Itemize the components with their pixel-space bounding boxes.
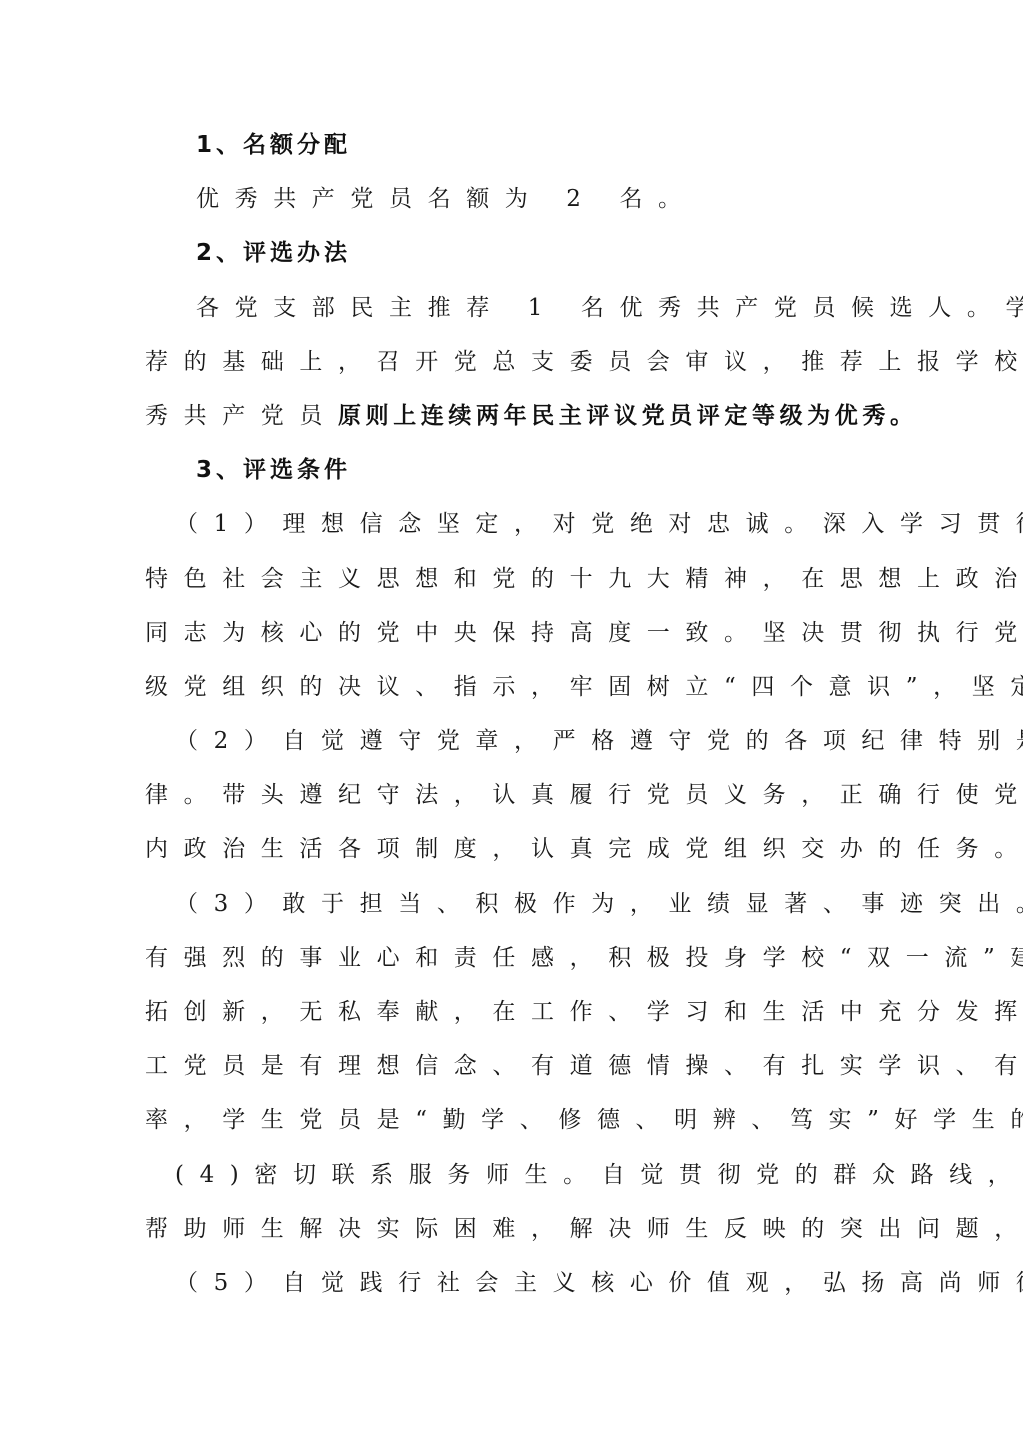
criteria-item-5: （5）自觉践行社会主义核心价值观，弘扬高尚师德医德，自觉加强学 [145,1256,935,1310]
paragraph-line-mixed: 秀共产党员原则上连续两年民主评议党员评定等级为优秀。 [145,389,935,443]
section-heading-criteria: 3、评选条件 [145,443,935,497]
paragraph-selection-method: 各党支部民主推荐 1 名优秀共产党员候选人。学院党总支在各支部推 荐的基础上，召… [145,281,935,444]
paragraph-line: 荐的基础上，召开党总支委员会审议，推荐上报学校党委审批并表彰。优 [145,335,935,389]
paragraph-line: (4)密切联系服务师生。自觉贯彻党的群众路线，积极做好群众工作， [145,1148,935,1202]
paragraph-line: 内政治生活各项制度，认真完成党组织交办的任务。 [145,822,935,876]
emphasized-text: 原则上连续两年民主评议党员评定等级为优秀。 [338,403,918,429]
paragraph-line: 级党组织的决议、指示，牢固树立“四个意识”，坚定“四个自信”。 [145,660,935,714]
paragraph-line: （3）敢于担当、积极作为，业绩显著、事迹突出。热爱党的教育事业， [145,877,935,931]
paragraph-line: 优秀共产党员名额为 2 名。 [145,172,935,226]
paragraph-line: 率，学生党员是“勤学、修德、明辨、笃实”好学生的表率。 [145,1093,935,1147]
criteria-item-1: （1）理想信念坚定，对党绝对忠诚。深入学习贯彻习近平新时代中国 特色社会主义思想… [145,497,935,714]
paragraph-line: 有强烈的事业心和责任感，积极投身学校“双一流”建设，爱岗敬业，开 [145,931,935,985]
paragraph-line: 拓创新，无私奉献，在工作、学习和生活中充分发挥先锋模范作用。教职 [145,985,935,1039]
paragraph-line: 帮助师生解决实际困难，解决师生反映的突出问题，自觉维护师生利益。 [145,1202,935,1256]
paragraph-line: 各党支部民主推荐 1 名优秀共产党员候选人。学院党总支在各支部推 [145,281,935,335]
section-heading-quota: 1、名额分配 [145,118,935,172]
paragraph-line: 特色社会主义思想和党的十九大精神，在思想上政治上行动上同以习近平 [145,552,935,606]
paragraph-line: （5）自觉践行社会主义核心价值观，弘扬高尚师德医德，自觉加强学 [145,1256,935,1310]
paragraph-line: 工党员是有理想信念、有道德情操、有扎实学识、有仁爱之心好老师的表 [145,1039,935,1093]
section-heading-method: 2、评选办法 [145,226,935,280]
normal-text: 秀共产党员 [145,403,338,429]
criteria-item-4: (4)密切联系服务师生。自觉贯彻党的群众路线，积极做好群众工作， 帮助师生解决实… [145,1148,935,1256]
criteria-item-2: （2）自觉遵守党章，严格遵守党的各项纪律特别是政治纪律和组织纪 律。带头遵纪守法… [145,714,935,877]
paragraph-line: （2）自觉遵守党章，严格遵守党的各项纪律特别是政治纪律和组织纪 [145,714,935,768]
paragraph-line: 同志为核心的党中央保持高度一致。坚决贯彻执行党的路线方针政策和上 [145,606,935,660]
document-page: 1、名额分配 优秀共产党员名额为 2 名。 2、评选办法 各党支部民主推荐 1 … [145,118,935,1310]
paragraph-line: （1）理想信念坚定，对党绝对忠诚。深入学习贯彻习近平新时代中国 [145,497,935,551]
criteria-item-3: （3）敢于担当、积极作为，业绩显著、事迹突出。热爱党的教育事业， 有强烈的事业心… [145,877,935,1148]
paragraph-line: 律。带头遵纪守法，认真履行党员义务，正确行使党员权利，严格遵守党 [145,768,935,822]
